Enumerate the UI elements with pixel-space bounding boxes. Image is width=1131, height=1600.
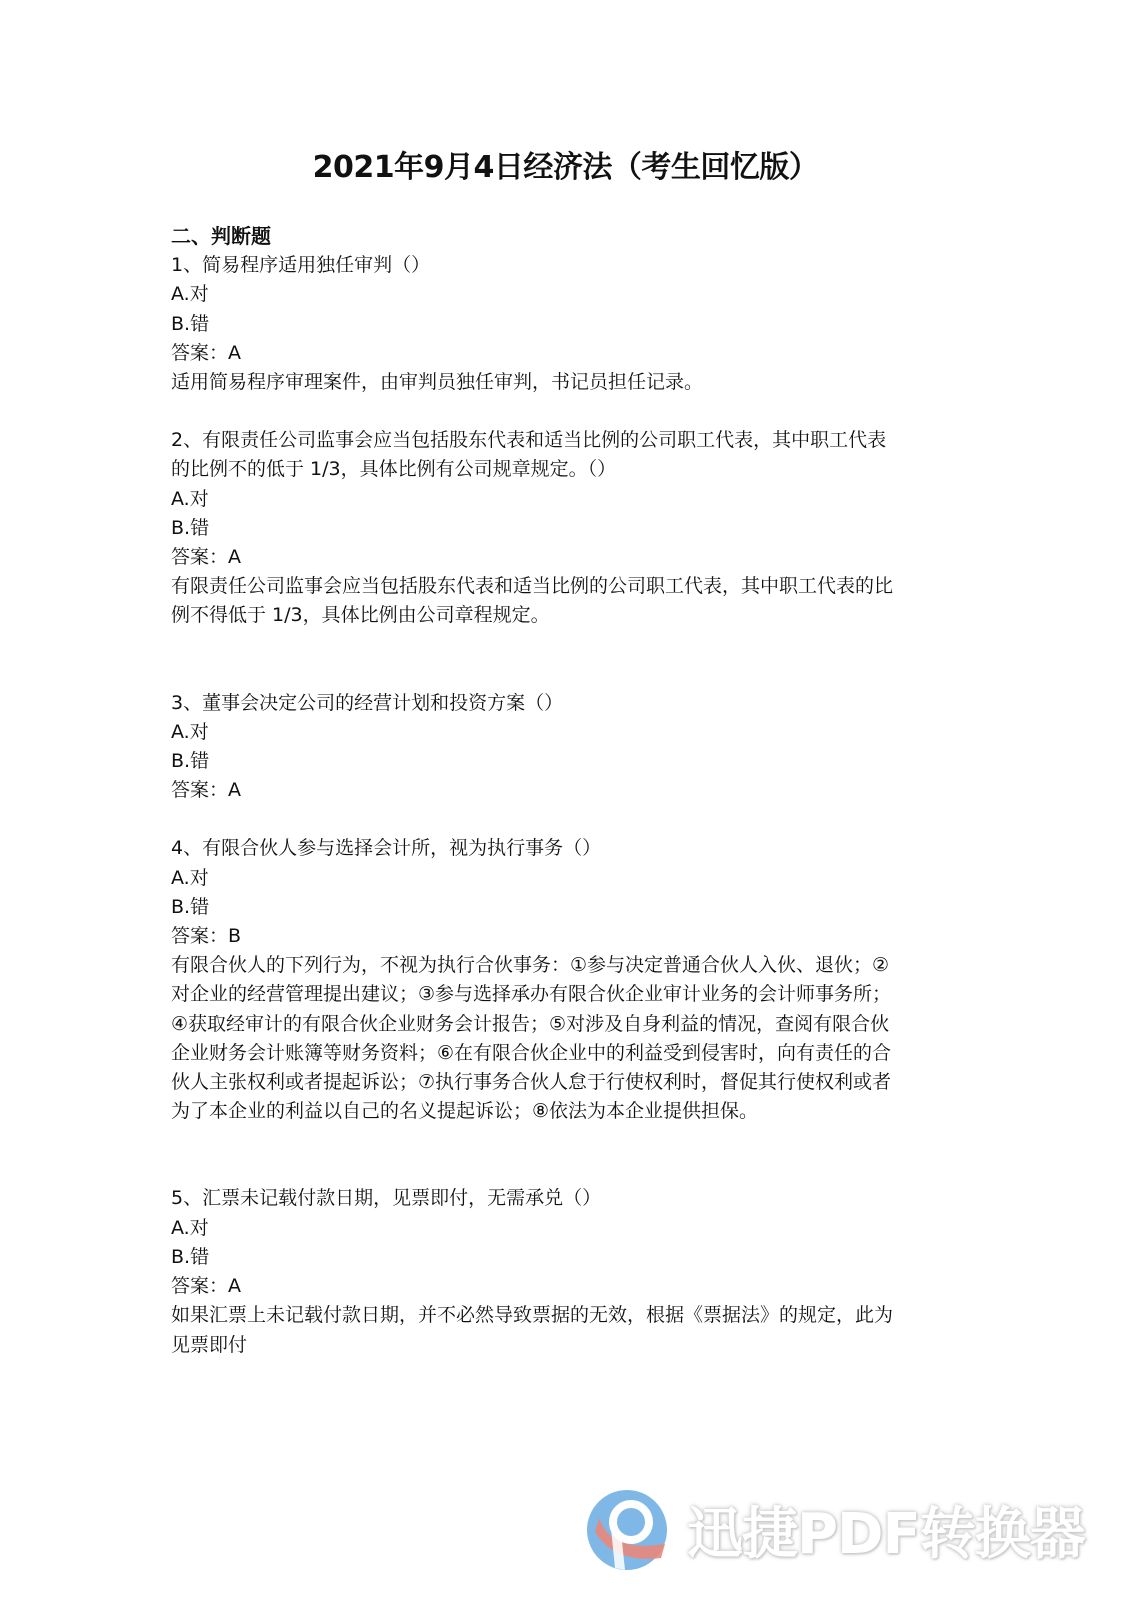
explanation: 为了本企业的利益以自己的名义提起诉讼；⑧依法为本企业提供担保。 bbox=[171, 1097, 961, 1126]
document-title: 2021年9月4日经济法（考生回忆版） bbox=[0, 142, 1131, 186]
xunjie-pdf-logo-icon bbox=[585, 1488, 669, 1572]
answer: 答案：A bbox=[171, 776, 961, 805]
question-1: 1、简易程序适用独任审判（） A.对 B.错 答案：A 适用简易程序审理案件，由… bbox=[171, 251, 961, 397]
explanation: 伙人主张权利或者提起诉讼；⑦执行事务合伙人怠于行使权利时，督促其行使权利或者 bbox=[171, 1068, 961, 1097]
answer: 答案：A bbox=[171, 543, 961, 572]
question-2: 2、有限责任公司监事会应当包括股东代表和适当比例的公司职工代表，其中职工代表 的… bbox=[171, 426, 961, 630]
answer: 答案：B bbox=[171, 922, 961, 951]
option-b: B.错 bbox=[171, 747, 961, 776]
option-b: B.错 bbox=[171, 1243, 961, 1272]
option-a: A.对 bbox=[171, 864, 961, 893]
explanation: 见票即付 bbox=[171, 1331, 961, 1360]
explanation: 有限责任公司监事会应当包括股东代表和适当比例的公司职工代表，其中职工代表的比 bbox=[171, 572, 961, 601]
document-body: 二、判断题 1、简易程序适用独任审判（） A.对 B.错 答案：A 适用简易程序… bbox=[171, 222, 961, 1360]
answer: 答案：A bbox=[171, 1272, 961, 1301]
explanation: 有限合伙人的下列行为，不视为执行合伙事务：①参与决定普通合伙人入伙、退伙；② bbox=[171, 951, 961, 980]
explanation: 企业财务会计账簿等财务资料；⑥在有限合伙企业中的利益受到侵害时，向有责任的合 bbox=[171, 1039, 961, 1068]
section-title: 二、判断题 bbox=[171, 222, 961, 251]
answer: 答案：A bbox=[171, 339, 961, 368]
option-b: B.错 bbox=[171, 310, 961, 339]
question-5: 5、汇票未记载付款日期，见票即付，无需承兑（） A.对 B.错 答案：A 如果汇… bbox=[171, 1184, 961, 1359]
option-a: A.对 bbox=[171, 1214, 961, 1243]
question-stem: 2、有限责任公司监事会应当包括股东代表和适当比例的公司职工代表，其中职工代表 bbox=[171, 426, 961, 455]
option-b: B.错 bbox=[171, 893, 961, 922]
question-3: 3、董事会决定公司的经营计划和投资方案（） A.对 B.错 答案：A bbox=[171, 689, 961, 806]
question-stem: 的比例不的低于 1/3，具体比例有公司规章规定。（） bbox=[171, 455, 961, 484]
question-4: 4、有限合伙人参与选择会计所，视为执行事务（） A.对 B.错 答案：B 有限合… bbox=[171, 834, 961, 1126]
explanation: 对企业的经营管理提出建议；③参与选择承办有限合伙企业审计业务的会计师事务所； bbox=[171, 980, 961, 1009]
question-stem: 4、有限合伙人参与选择会计所，视为执行事务（） bbox=[171, 834, 961, 863]
question-stem: 3、董事会决定公司的经营计划和投资方案（） bbox=[171, 689, 961, 718]
question-stem: 1、简易程序适用独任审判（） bbox=[171, 251, 961, 280]
option-b: B.错 bbox=[171, 514, 961, 543]
explanation: 例不得低于 1/3，具体比例由公司章程规定。 bbox=[171, 601, 961, 630]
watermark-text: 迅捷PDF转换器 bbox=[687, 1490, 1085, 1570]
watermark: 迅捷PDF转换器 bbox=[585, 1485, 1105, 1575]
explanation: 适用简易程序审理案件，由审判员独任审判，书记员担任记录。 bbox=[171, 368, 961, 397]
question-stem: 5、汇票未记载付款日期，见票即付，无需承兑（） bbox=[171, 1184, 961, 1213]
option-a: A.对 bbox=[171, 280, 961, 309]
option-a: A.对 bbox=[171, 485, 961, 514]
option-a: A.对 bbox=[171, 718, 961, 747]
explanation: 如果汇票上未记载付款日期，并不必然导致票据的无效，根据《票据法》的规定，此为 bbox=[171, 1301, 961, 1330]
explanation: ④获取经审计的有限合伙企业财务会计报告；⑤对涉及自身利益的情况，查阅有限合伙 bbox=[171, 1010, 961, 1039]
